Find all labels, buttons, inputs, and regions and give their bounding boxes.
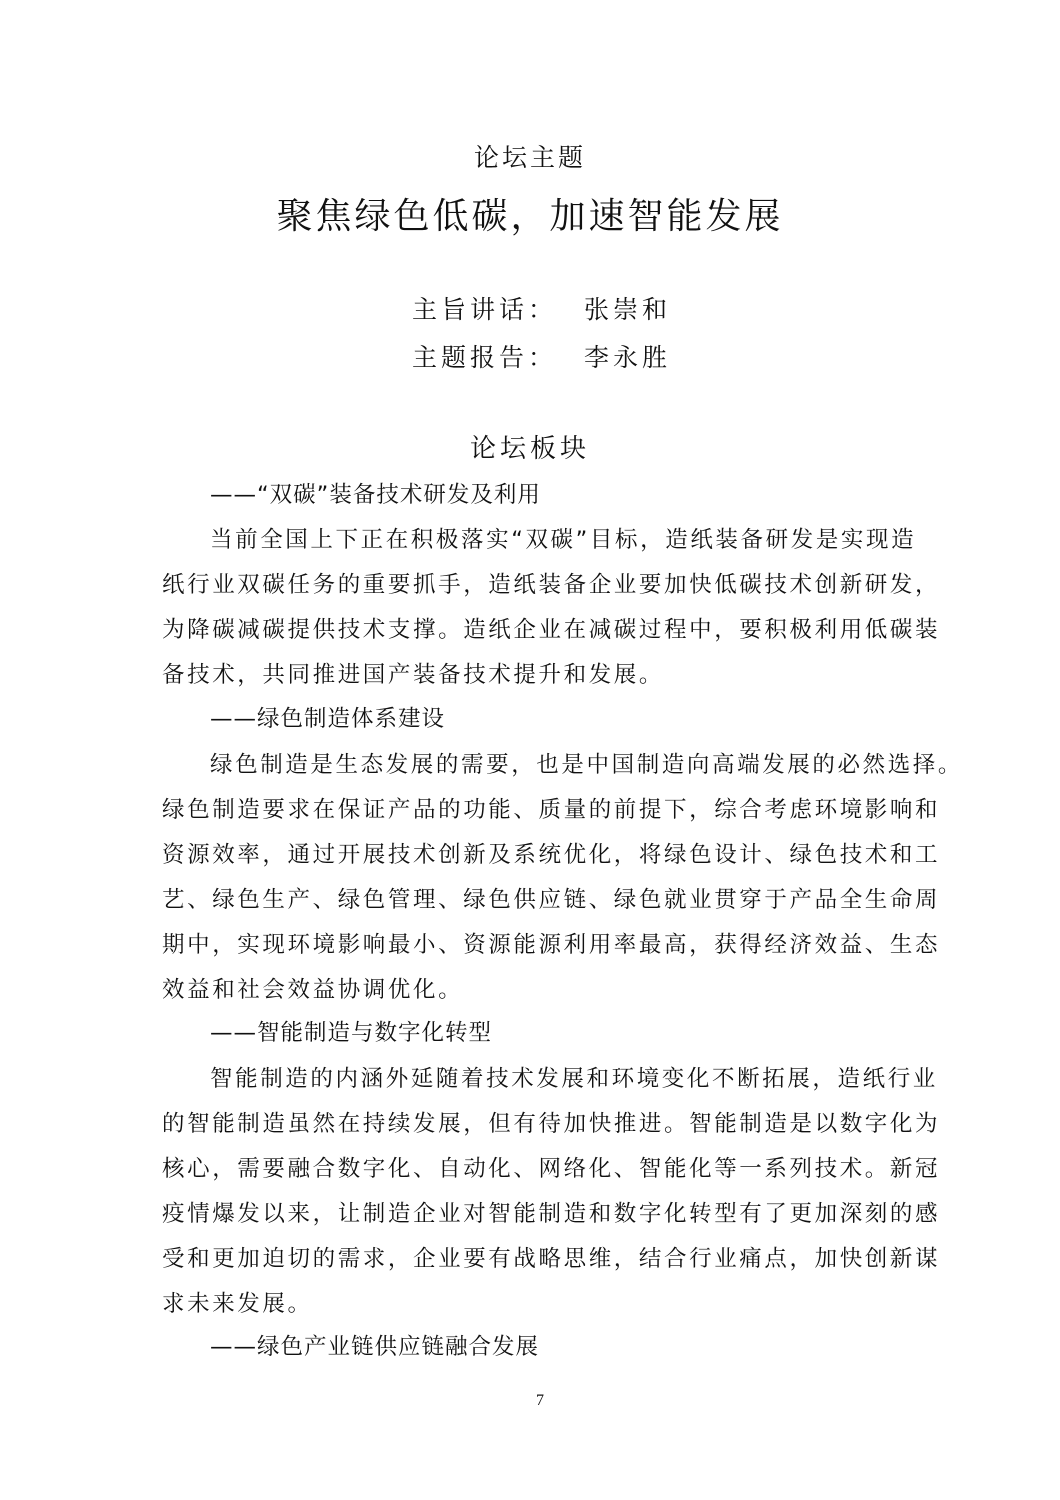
document-page: 论坛主题 聚焦绿色低碳，加速智能发展 主旨讲话：张崇和 主题报告：李永胜 论坛板…: [0, 0, 1060, 1500]
paragraph-line: 绿色制造要求在保证产品的功能、质量的前提下，综合考虑环境影响和: [162, 795, 922, 825]
forum-theme-label: 论坛主题: [0, 138, 1060, 174]
speaker-name: 李永胜: [584, 343, 671, 372]
paragraph-line: 求未来发展。: [162, 1289, 922, 1319]
section-heading: ——绿色产业链供应链融合发展: [210, 1332, 970, 1362]
paragraph-line: 资源效率，通过开展技术创新及系统优化，将绿色设计、绿色技术和工: [162, 840, 922, 870]
paragraph-line: 为降碳减碳提供技术支撑。造纸企业在减碳过程中，要积极利用低碳装: [162, 615, 922, 645]
paragraph-line: 当前全国上下正在积极落实“双碳”目标，造纸装备研发是实现造: [210, 525, 970, 555]
paragraph-line: 绿色制造是生态发展的需要，也是中国制造向高端发展的必然选择。: [210, 750, 970, 780]
section-heading: ——智能制造与数字化转型: [210, 1018, 970, 1048]
sections-title: 论坛板块: [0, 428, 1060, 465]
paragraph-line: 备技术，共同推进国产装备技术提升和发展。: [162, 660, 922, 690]
paragraph-line: 纸行业双碳任务的重要抓手，造纸装备企业要加快低碳技术创新研发，: [162, 570, 922, 600]
paragraph-line: 期中，实现环境影响最小、资源能源利用率最高，获得经济效益、生态: [162, 930, 922, 960]
paragraph-line: 受和更加迫切的需求，企业要有战略思维，结合行业痛点，加快创新谋: [162, 1244, 922, 1274]
speaker-role: 主旨讲话：: [412, 290, 584, 326]
paragraph-line: 智能制造的内涵外延随着技术发展和环境变化不断拓展，造纸行业: [210, 1064, 970, 1094]
paragraph-line: 艺、绿色生产、绿色管理、绿色供应链、绿色就业贯穿于产品全生命周: [162, 885, 922, 915]
speaker-name: 张崇和: [584, 295, 671, 324]
paragraph-line: 的智能制造虽然在持续发展，但有待加快推进。智能制造是以数字化为: [162, 1109, 922, 1139]
main-title: 聚焦绿色低碳，加速智能发展: [0, 188, 1060, 239]
paragraph-line: 疫情爆发以来，让制造企业对智能制造和数字化转型有了更加深刻的感: [162, 1199, 922, 1229]
keynote-speaker-row: 主旨讲话：张崇和: [412, 290, 671, 326]
paragraph-line: 核心，需要融合数字化、自动化、网络化、智能化等一系列技术。新冠: [162, 1154, 922, 1184]
section-heading: ——绿色制造体系建设: [210, 704, 970, 734]
theme-report-speaker-row: 主题报告：李永胜: [412, 338, 671, 374]
page-number: 7: [0, 1392, 1060, 1410]
section-heading: ——“双碳”装备技术研发及利用: [210, 480, 970, 510]
speaker-role: 主题报告：: [412, 338, 584, 374]
paragraph-line: 效益和社会效益协调优化。: [162, 975, 922, 1005]
